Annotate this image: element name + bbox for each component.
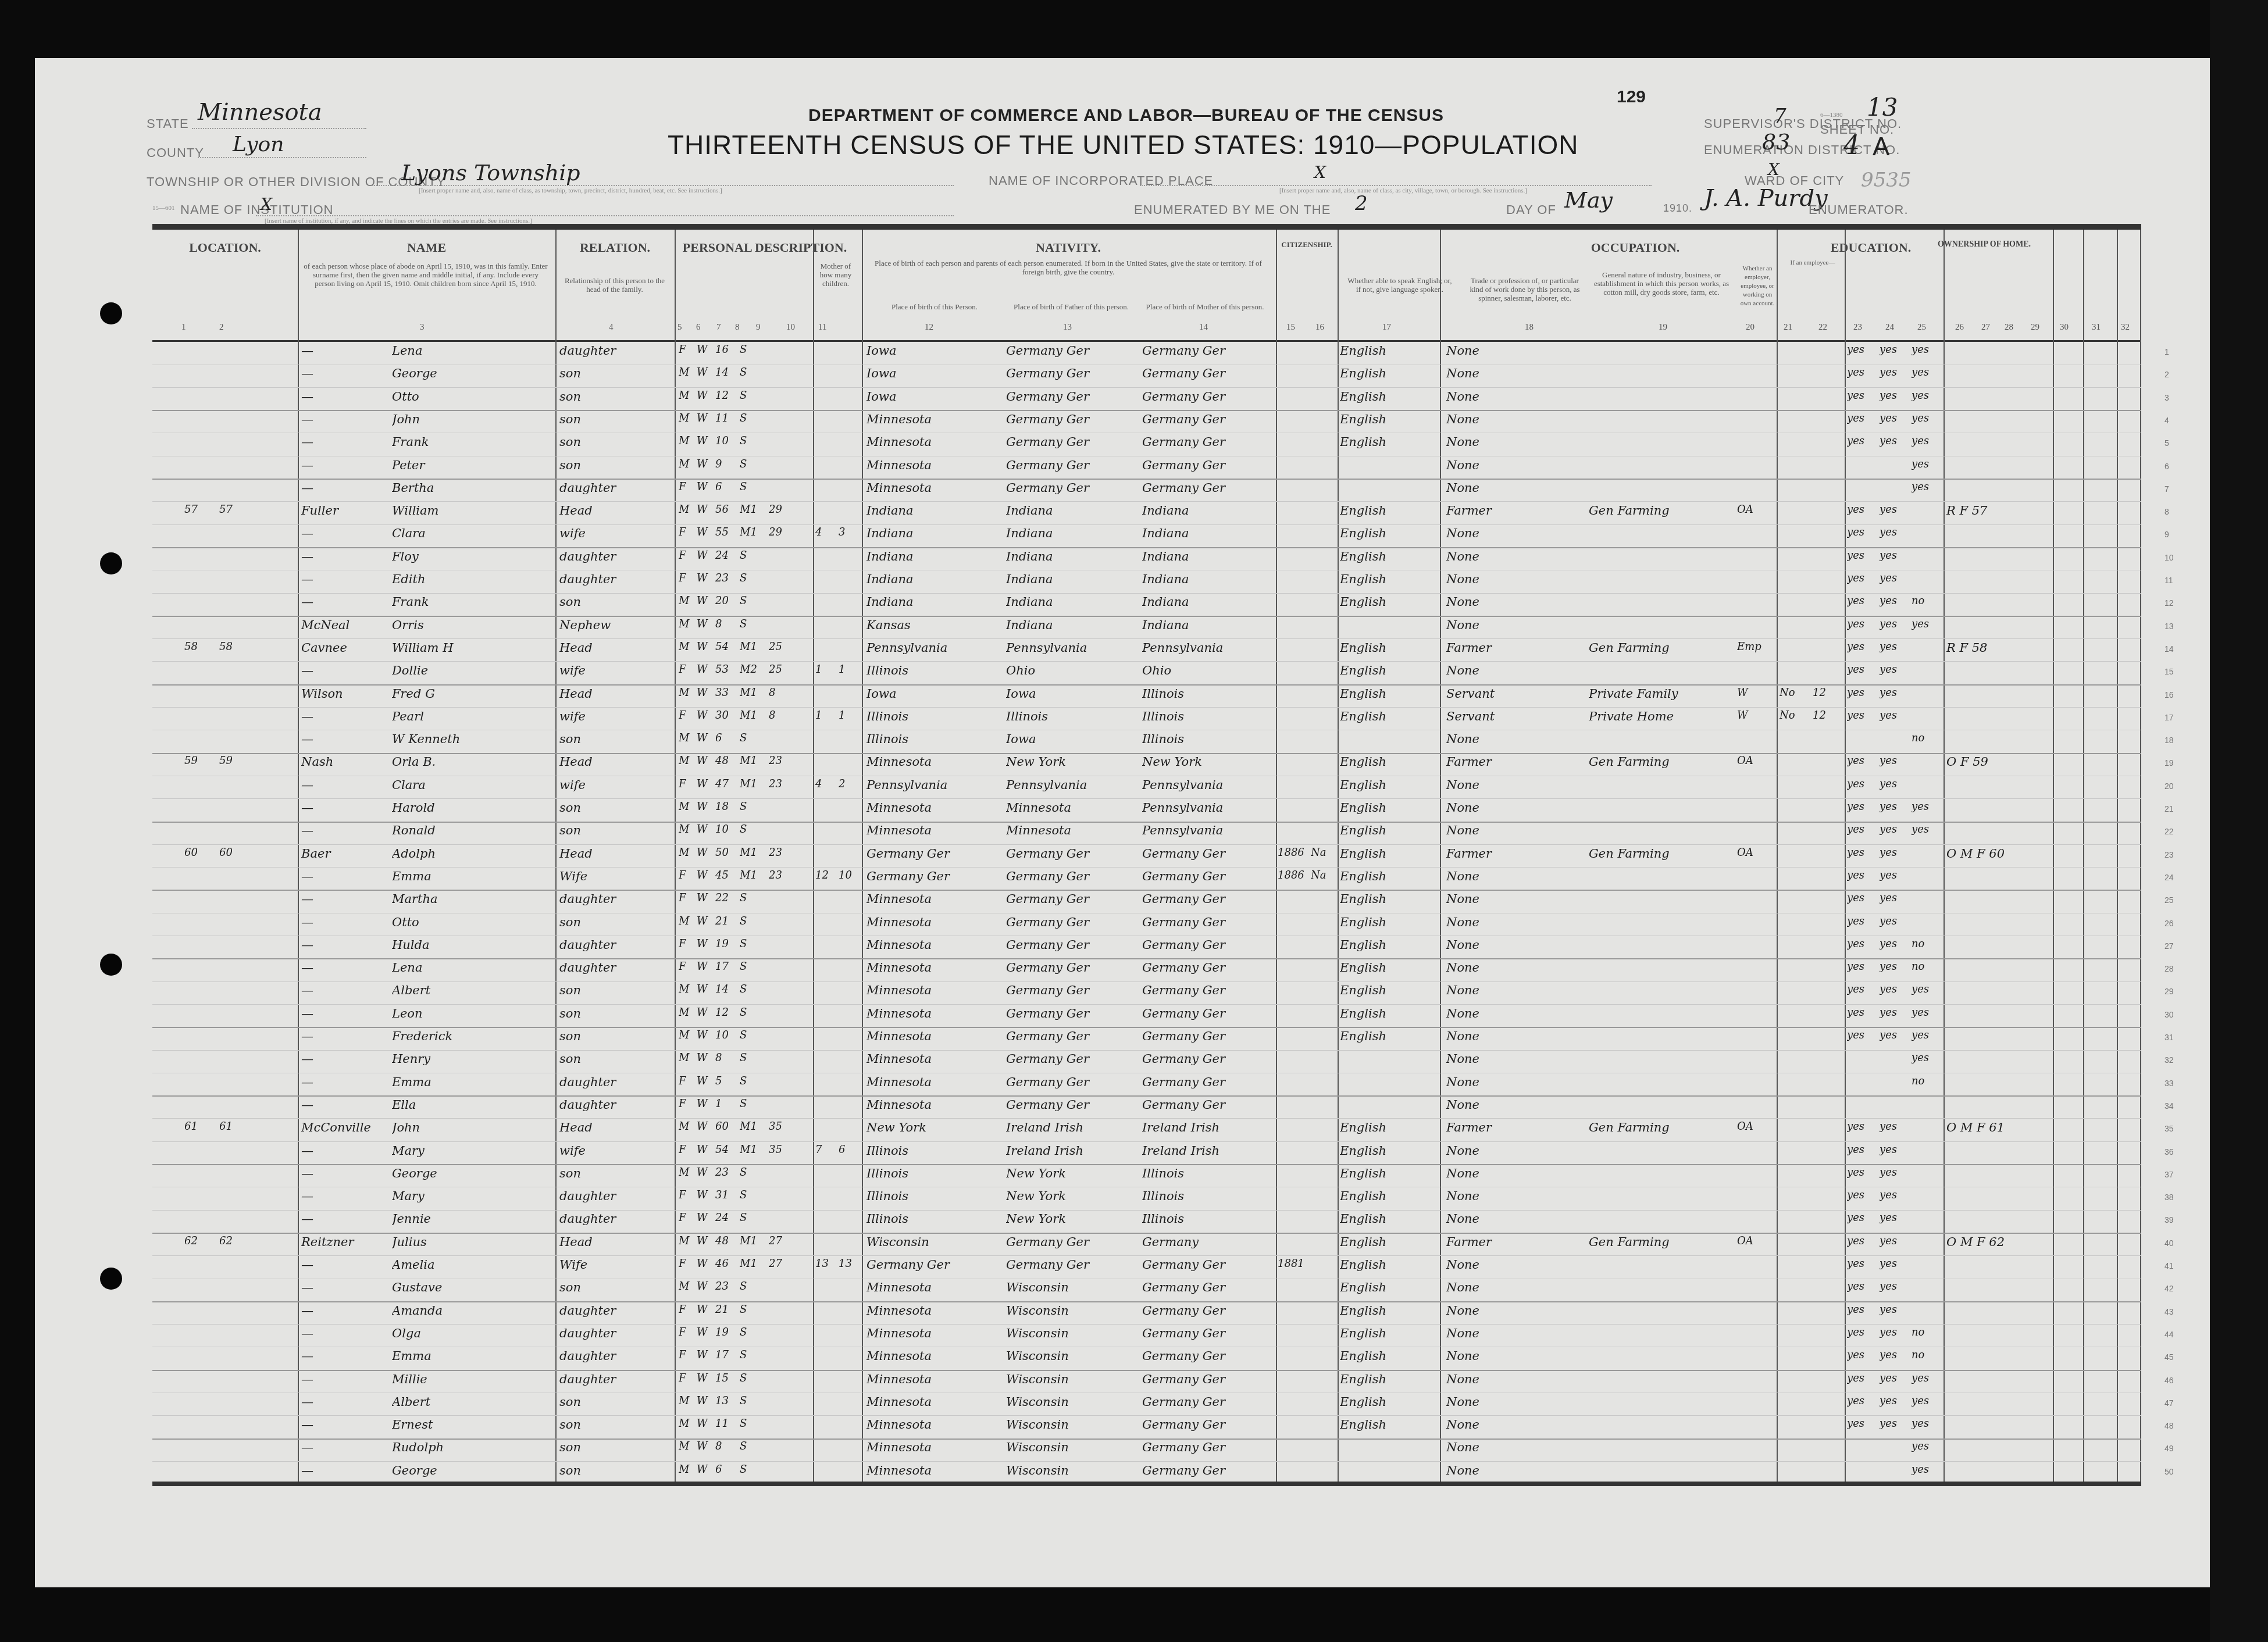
- cell-mother: Germany Ger: [1142, 1418, 1275, 1432]
- cell-age: 54: [715, 641, 739, 653]
- enumerated-label: ENUMERATED BY ME ON THE: [1134, 202, 1331, 217]
- cell-sex: F: [679, 663, 696, 676]
- cell-industry: Gen Farming: [1589, 1235, 1734, 1249]
- cell-school: yes: [1912, 390, 1944, 402]
- cell-surname: —: [301, 823, 388, 837]
- line-number: 10: [2164, 553, 2174, 562]
- cell-trade: None: [1446, 595, 1574, 609]
- cell-emp: OA: [1737, 504, 1775, 516]
- cell-read: yes: [1847, 504, 1879, 516]
- cell-lang: English: [1340, 366, 1439, 380]
- cell-relation: wife: [559, 526, 673, 540]
- cell-marital: M1: [740, 709, 769, 722]
- table-row: 5757FullerWilliamHeadMW56M129IndianaIndi…: [152, 501, 2141, 525]
- cell-age: 6: [715, 1463, 739, 1476]
- cell-age: 53: [715, 663, 739, 676]
- cell-given: George: [392, 1166, 555, 1180]
- cell-race: W: [697, 481, 714, 493]
- cell-sex: F: [679, 1304, 696, 1316]
- column-number: 29: [2031, 323, 2039, 333]
- cell-trade: None: [1446, 892, 1574, 906]
- cell-marital: S: [740, 961, 769, 973]
- cell-race: W: [697, 1052, 714, 1064]
- cell-school: yes: [1912, 1440, 1944, 1452]
- cell-mother: Indiana: [1142, 595, 1275, 609]
- cell-marital: S: [740, 412, 769, 424]
- cell-read: yes: [1847, 572, 1879, 584]
- cell-read: yes: [1847, 390, 1879, 402]
- cell-surname: —: [301, 1029, 388, 1043]
- cell-surname: —: [301, 1166, 388, 1180]
- cell-relation: daughter: [559, 1212, 673, 1226]
- cell-write: yes: [1880, 938, 1912, 950]
- institution-value: X: [261, 195, 272, 214]
- cell-age: 8: [715, 1052, 739, 1064]
- cell-birth: Illinois: [866, 1166, 1003, 1180]
- cell-emp: OA: [1737, 1120, 1775, 1133]
- cell-relation: daughter: [559, 1349, 673, 1363]
- cell-write: yes: [1880, 1258, 1912, 1270]
- cell-age: 9: [715, 458, 739, 470]
- cell-write: yes: [1880, 1212, 1912, 1224]
- column-number: 22: [1818, 323, 1827, 333]
- cell-given: Otto: [392, 915, 555, 929]
- cell-sex: M: [679, 390, 696, 402]
- cell-sex: F: [679, 892, 696, 904]
- cell-trade: Farmer: [1446, 847, 1574, 861]
- cell-read: yes: [1847, 869, 1879, 881]
- column-number: 24: [1885, 323, 1894, 333]
- cell-race: W: [697, 915, 714, 927]
- cell-age: 23: [715, 1166, 739, 1179]
- cell-mother: Illinois: [1142, 1189, 1275, 1203]
- line-number: 9: [2164, 530, 2169, 539]
- cell-sex: F: [679, 961, 696, 973]
- cell-trade: None: [1446, 458, 1574, 472]
- table-row: —HuldadaughterFW19SMinnesotaGermany GerG…: [152, 936, 2141, 960]
- cell-own: O M F 60: [1946, 847, 2051, 861]
- cell-read: yes: [1847, 1326, 1879, 1338]
- cell-sex: M: [679, 1052, 696, 1064]
- line-number: 16: [2164, 690, 2174, 699]
- cell-read: yes: [1847, 618, 1879, 630]
- cell-dwelling: 62: [184, 1235, 208, 1247]
- cell-race: W: [697, 801, 714, 813]
- line-number: 47: [2164, 1398, 2174, 1408]
- cell-mother: Germany Ger: [1142, 1326, 1275, 1340]
- cell-age: 22: [715, 892, 739, 904]
- table-row: —BerthadaughterFW6SMinnesotaGermany GerG…: [152, 479, 2141, 502]
- column-number: 14: [1199, 323, 1208, 333]
- cell-race: W: [697, 641, 714, 653]
- cell-write: yes: [1880, 1349, 1912, 1361]
- cell-birth: Minnesota: [866, 1418, 1003, 1432]
- cell-lang: English: [1340, 847, 1439, 861]
- cell-surname: —: [301, 709, 388, 723]
- cell-given: William H: [392, 641, 555, 655]
- cell-given: Emma: [392, 1075, 555, 1089]
- table-row: —AmeliaWifeFW46M1271313Germany GerGerman…: [152, 1255, 2141, 1279]
- cell-marital: M2: [740, 663, 769, 676]
- cell-mother: New York: [1142, 755, 1275, 769]
- cell-marital: S: [740, 572, 769, 584]
- cell-marital: S: [740, 390, 769, 402]
- cell-trade: None: [1446, 1463, 1574, 1477]
- cell-race: W: [697, 778, 714, 790]
- cell-father: Germany Ger: [1006, 481, 1140, 495]
- cell-write: yes: [1880, 1372, 1912, 1384]
- line-number: 48: [2164, 1421, 2174, 1430]
- cell-given: Mary: [392, 1189, 555, 1203]
- cell-birth: Minnesota: [866, 1395, 1003, 1409]
- cell-years-married: 23: [769, 869, 792, 881]
- cell-lang: English: [1340, 983, 1439, 997]
- cell-born: 4: [815, 778, 839, 790]
- cell-born: 12: [815, 869, 839, 881]
- cell-school: no: [1912, 732, 1944, 744]
- cell-write: yes: [1880, 641, 1912, 653]
- line-number: 15: [2164, 667, 2174, 676]
- cell-marital: S: [740, 1052, 769, 1064]
- line-number: 30: [2164, 1010, 2174, 1019]
- cell-race: W: [697, 687, 714, 699]
- cell-father: Wisconsin: [1006, 1395, 1140, 1409]
- cell-age: 21: [715, 915, 739, 927]
- cell-dwelling: 58: [184, 641, 208, 653]
- cell-own: O M F 61: [1946, 1120, 2051, 1134]
- cell-age: 56: [715, 504, 739, 516]
- cell-relation: wife: [559, 709, 673, 723]
- cell-relation: daughter: [559, 1304, 673, 1318]
- cell-relation: daughter: [559, 1189, 673, 1203]
- cell-marital: M1: [740, 504, 769, 516]
- cell-living: 3: [839, 526, 862, 538]
- cell-relation: daughter: [559, 938, 673, 952]
- cell-given: Bertha: [392, 481, 555, 495]
- cell-given: Amanda: [392, 1304, 555, 1318]
- column-number: 16: [1315, 323, 1324, 333]
- cell-race: W: [697, 1006, 714, 1019]
- cell-age: 11: [715, 1418, 739, 1430]
- cell-write: yes: [1880, 1144, 1912, 1156]
- cell-given: Floy: [392, 549, 555, 563]
- cell-lang: English: [1340, 1280, 1439, 1294]
- cell-industry: Gen Farming: [1589, 847, 1734, 861]
- cell-write: yes: [1880, 801, 1912, 813]
- cell-marital: M1: [740, 1144, 769, 1156]
- cell-mother: Germany Ger: [1142, 435, 1275, 449]
- sheet-stamp: 13: [1867, 93, 1898, 122]
- cell-given: Peter: [392, 458, 555, 472]
- cell-marital: M1: [740, 1235, 769, 1247]
- cell-age: 10: [715, 435, 739, 447]
- cell-mother: Germany Ger: [1142, 458, 1275, 472]
- cell-given: Adolph: [392, 847, 555, 861]
- cell-read: yes: [1847, 1029, 1879, 1041]
- cell-birth: New York: [866, 1120, 1003, 1134]
- column-number: 1: [181, 323, 186, 333]
- line-number: 50: [2164, 1467, 2174, 1476]
- cell-surname: —: [301, 458, 388, 472]
- cell-given: Otto: [392, 390, 555, 404]
- cell-marital: S: [740, 915, 769, 927]
- cell-age: 10: [715, 823, 739, 836]
- cell-write: yes: [1880, 618, 1912, 630]
- cell-birth: Germany Ger: [866, 847, 1003, 861]
- cell-mother: Illinois: [1142, 1212, 1275, 1226]
- cell-living: 13: [839, 1258, 862, 1270]
- cell-mother: Germany Ger: [1142, 1258, 1275, 1272]
- cell-write: yes: [1880, 1166, 1912, 1179]
- cell-trade: None: [1446, 869, 1574, 883]
- cell-relation: daughter: [559, 1326, 673, 1340]
- cell-marital: M1: [740, 526, 769, 538]
- cell-age: 15: [715, 1372, 739, 1384]
- cell-lang: English: [1340, 1189, 1439, 1203]
- cell-race: W: [697, 458, 714, 470]
- cell-father: New York: [1006, 1212, 1140, 1226]
- name-description: of each person whose place of abode on A…: [304, 262, 548, 288]
- cell-birth: Minnesota: [866, 481, 1003, 495]
- cell-given: George: [392, 366, 555, 380]
- cell-relation: wife: [559, 1144, 673, 1158]
- cell-write: yes: [1880, 961, 1912, 973]
- cell-birth: Minnesota: [866, 915, 1003, 929]
- cell-immig: 1886: [1278, 847, 1310, 859]
- cell-race: W: [697, 504, 714, 516]
- cell-trade: None: [1446, 1006, 1574, 1020]
- cell-surname: —: [301, 663, 388, 677]
- cell-marital: S: [740, 1166, 769, 1179]
- cell-surname: McConville: [301, 1120, 388, 1134]
- cell-age: 18: [715, 801, 739, 813]
- cell-emp: W: [1737, 709, 1775, 722]
- cell-surname: —: [301, 1212, 388, 1226]
- cell-weeks: 12: [1813, 709, 1845, 722]
- cell-given: Orris: [392, 618, 555, 632]
- cell-school: no: [1912, 938, 1944, 950]
- cell-mother: Indiana: [1142, 572, 1275, 586]
- table-row: —RudolphsonMW8SMinnesotaWisconsinGermany…: [152, 1438, 2141, 1462]
- cell-mother: Pennsylvania: [1142, 823, 1275, 837]
- cell-write: yes: [1880, 1120, 1912, 1133]
- cell-trade: None: [1446, 1098, 1574, 1112]
- ward-value: X: [1768, 160, 1780, 179]
- cell-birth: Indiana: [866, 572, 1003, 586]
- cell-living: 1: [839, 709, 862, 722]
- cell-surname: —: [301, 366, 388, 380]
- cell-years-married: 27: [769, 1258, 792, 1270]
- cell-given: Harold: [392, 801, 555, 815]
- cell-surname: —: [301, 1098, 388, 1112]
- cell-read: yes: [1847, 892, 1879, 904]
- cell-race: W: [697, 892, 714, 904]
- cell-read: yes: [1847, 366, 1879, 379]
- cell-sex: M: [679, 1006, 696, 1019]
- cell-school: no: [1912, 1349, 1944, 1361]
- cell-lang: English: [1340, 1144, 1439, 1158]
- cell-lang: English: [1340, 755, 1439, 769]
- cell-read: yes: [1847, 755, 1879, 767]
- incorporated-label: NAME OF INCORPORATED PLACE: [989, 173, 1213, 188]
- cell-sex: F: [679, 1258, 696, 1270]
- cell-birth: Germany Ger: [866, 1258, 1003, 1272]
- cell-trade: None: [1446, 366, 1574, 380]
- cell-marital: S: [740, 366, 769, 379]
- cell-surname: —: [301, 1052, 388, 1066]
- cell-years-married: 27: [769, 1235, 792, 1247]
- group-personal: PERSONAL DESCRIPTION.: [675, 240, 855, 255]
- cell-father: Germany Ger: [1006, 1235, 1140, 1249]
- cell-dwelling: 57: [184, 504, 208, 516]
- cell-surname: —: [301, 481, 388, 495]
- cell-lang: English: [1340, 915, 1439, 929]
- cell-mother: Germany Ger: [1142, 344, 1275, 358]
- cell-race: W: [697, 1418, 714, 1430]
- census-title: THIRTEENTH CENSUS OF THE UNITED STATES: …: [668, 129, 1578, 160]
- cell-read: yes: [1847, 1212, 1879, 1224]
- state-label: STATE: [147, 116, 189, 131]
- cell-age: 30: [715, 709, 739, 722]
- line-number: 24: [2164, 873, 2174, 882]
- cell-years-married: 8: [769, 709, 792, 722]
- cell-surname: —: [301, 572, 388, 586]
- cell-industry: Private Family: [1589, 687, 1734, 701]
- cell-relation: Head: [559, 755, 673, 769]
- cell-trade: None: [1446, 1189, 1574, 1203]
- group-nativity: NATIVITY.: [862, 240, 1275, 255]
- cell-trade: None: [1446, 572, 1574, 586]
- cell-write: yes: [1880, 412, 1912, 424]
- cell-birth: Iowa: [866, 344, 1003, 358]
- cell-father: Indiana: [1006, 618, 1140, 632]
- cell-race: W: [697, 1372, 714, 1384]
- cell-marital: S: [740, 595, 769, 607]
- cell-relation: son: [559, 801, 673, 815]
- table-row: —MarywifeFW54M13576IllinoisIreland Irish…: [152, 1141, 2141, 1166]
- cell-dwelling: 61: [184, 1120, 208, 1133]
- cell-family: 58: [219, 641, 243, 653]
- cell-birth: Minnesota: [866, 983, 1003, 997]
- cell-trade: None: [1446, 915, 1574, 929]
- column-number: 12: [925, 323, 933, 333]
- cell-trade: None: [1446, 1258, 1574, 1272]
- cell-mother: Germany Ger: [1142, 961, 1275, 975]
- cell-race: W: [697, 1235, 714, 1247]
- column-numbers: 1234567891011121314151617181920212223242…: [152, 317, 2141, 340]
- cell-marital: S: [740, 938, 769, 950]
- cell-marital: S: [740, 1372, 769, 1384]
- line-number: 8: [2164, 507, 2169, 516]
- cell-lang: English: [1340, 1029, 1439, 1043]
- cell-sex: M: [679, 687, 696, 699]
- cell-school: yes: [1912, 344, 1944, 356]
- cell-age: 33: [715, 687, 739, 699]
- cell-write: yes: [1880, 892, 1912, 904]
- cell-age: 21: [715, 1304, 739, 1316]
- cell-birth: Illinois: [866, 663, 1003, 677]
- cell-relation: Head: [559, 847, 673, 861]
- cell-race: W: [697, 1304, 714, 1316]
- cell-given: Ella: [392, 1098, 555, 1112]
- punch-hole: [100, 302, 122, 324]
- cell-years-married: 23: [769, 778, 792, 790]
- cell-sex: F: [679, 1098, 696, 1110]
- cell-read: yes: [1847, 961, 1879, 973]
- cell-trade: Farmer: [1446, 641, 1574, 655]
- cell-sex: M: [679, 641, 696, 653]
- cell-read: yes: [1847, 435, 1879, 447]
- table-row: —DolliewifeFW53M22511IllinoisOhioOhioEng…: [152, 661, 2141, 686]
- cell-school: yes: [1912, 618, 1944, 630]
- column-number: 5: [677, 323, 682, 333]
- cell-birth: Illinois: [866, 709, 1003, 723]
- punch-hole: [100, 552, 122, 574]
- cell-own: R F 58: [1946, 641, 2051, 655]
- cell-write: yes: [1880, 687, 1912, 699]
- cell-lang: English: [1340, 526, 1439, 540]
- township-note: [Insert proper name and, also, name of c…: [419, 187, 722, 194]
- cell-given: Fred G: [392, 687, 555, 701]
- cell-given: Ernest: [392, 1418, 555, 1432]
- cell-trade: Farmer: [1446, 1120, 1574, 1134]
- cell-birth: Indiana: [866, 526, 1003, 540]
- cell-relation: daughter: [559, 892, 673, 906]
- form-code: 6—1380: [1820, 112, 1843, 119]
- cell-read: yes: [1847, 1006, 1879, 1019]
- cell-birth: Minnesota: [866, 823, 1003, 837]
- line-number: 5: [2164, 438, 2169, 448]
- cell-given: Emma: [392, 869, 555, 883]
- cell-age: 13: [715, 1395, 739, 1407]
- cell-relation: son: [559, 732, 673, 746]
- cell-given: Frederick: [392, 1029, 555, 1043]
- cell-age: 17: [715, 961, 739, 973]
- cell-age: 31: [715, 1189, 739, 1201]
- cell-father: Minnesota: [1006, 801, 1140, 815]
- cell-marital: M1: [740, 1120, 769, 1133]
- cell-surname: —: [301, 1326, 388, 1340]
- column-number: 26: [1955, 323, 1964, 333]
- cell-write: yes: [1880, 869, 1912, 881]
- cell-industry: Gen Farming: [1589, 755, 1734, 769]
- cell-race: W: [697, 847, 714, 859]
- cell-trade: None: [1446, 526, 1574, 540]
- cell-write: yes: [1880, 1418, 1912, 1430]
- cell-given: William: [392, 504, 555, 517]
- cell-surname: —: [301, 961, 388, 975]
- group-occupation: OCCUPATION.: [1461, 240, 1810, 255]
- cell-marital: S: [740, 344, 769, 356]
- cell-sex: M: [679, 1166, 696, 1179]
- line-number: 6: [2164, 462, 2169, 471]
- cell-father: Pennsylvania: [1006, 641, 1140, 655]
- cell-relation: son: [559, 1029, 673, 1043]
- cell-trade: None: [1446, 938, 1574, 952]
- cell-read: yes: [1847, 526, 1879, 538]
- incorporated-note: [Insert proper name and, also, name of c…: [1279, 187, 1527, 194]
- cell-race: W: [697, 755, 714, 767]
- table-row: —GustavesonMW23SMinnesotaWisconsinGerman…: [152, 1278, 2141, 1302]
- cell-industry: Gen Farming: [1589, 504, 1734, 517]
- enumerator-label: ENUMERATOR.: [1809, 202, 1909, 217]
- cell-sex: F: [679, 1372, 696, 1384]
- cell-given: Albert: [392, 1395, 555, 1409]
- cell-years-married: 35: [769, 1120, 792, 1133]
- cell-relation: Nephew: [559, 618, 673, 632]
- cell-school: yes: [1912, 412, 1944, 424]
- cell-father: Indiana: [1006, 526, 1140, 540]
